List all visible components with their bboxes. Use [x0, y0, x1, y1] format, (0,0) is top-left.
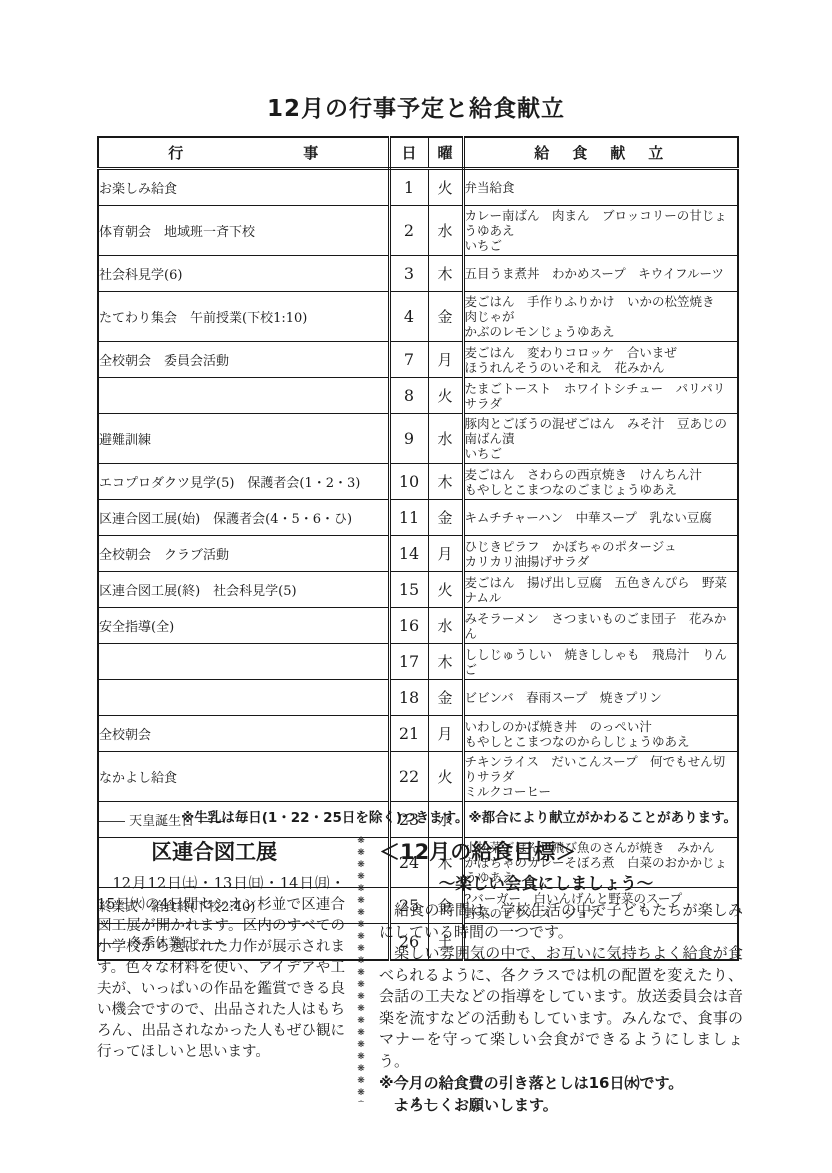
table-row: 体育朝会 地域班一斉下校2水カレー南ばん 肉まん ブロッコリーの甘じょうゆあえ … — [98, 206, 738, 256]
table-row: 18金ビビンバ 春雨スープ 焼きプリン — [98, 680, 738, 716]
menu-cell: みそラーメン さつまいものごま団子 花みかん — [463, 608, 738, 644]
day-cell: 14 — [389, 536, 428, 572]
event-cell: 全校朝会 クラブ活動 — [98, 536, 389, 572]
art-exhibition-title: 区連合図工展 — [97, 836, 331, 866]
weekday-cell: 月 — [428, 342, 463, 378]
table-row: 全校朝会 クラブ活動14月ひじきピラフ かぼちゃのポタージュ カリカリ油揚げサラ… — [98, 536, 738, 572]
table-row: 社会科見学(6)3木五目うま煮丼 わかめスープ キウイフルーツ — [98, 256, 738, 292]
day-cell: 21 — [389, 716, 428, 752]
lunch-goal-paragraph: 給食の時間は、学校生活の中で子どもたちが楽しみにしている時間の一つです。 — [379, 900, 743, 943]
day-cell: 8 — [389, 378, 428, 414]
menu-cell: 麦ごはん 変わりコロッケ 合いまぜ ほうれんそうのいそ和え 花みかん — [463, 342, 738, 378]
menu-cell: 五目うま煮丼 わかめスープ キウイフルーツ — [463, 256, 738, 292]
weekday-cell: 火 — [428, 752, 463, 802]
table-row: 全校朝会21月いわしのかば焼き丼 のっぺい汁 もやしとこまつなのからしじょうゆあ… — [98, 716, 738, 752]
event-cell — [98, 644, 389, 680]
art-exhibition-article: 区連合図工展 12月12日㈯・13日㈰・14日㈪・15日㈫の4日間セシオン杉並で… — [97, 836, 351, 1116]
event-cell: 区連合図工展(終) 社会科見学(5) — [98, 572, 389, 608]
weekday-cell: 火 — [428, 378, 463, 414]
day-cell: 16 — [389, 608, 428, 644]
header-event: 行 事 — [98, 137, 389, 169]
day-cell: 22 — [389, 752, 428, 802]
menu-cell: チキンライス だいこんスープ 何でもせん切りサラダ ミルクコーヒー — [463, 752, 738, 802]
bottom-section: 区連合図工展 12月12日㈯・13日㈰・14日㈪・15日㈫の4日間セシオン杉並で… — [97, 836, 743, 1116]
event-cell: お楽しみ給食 — [98, 169, 389, 206]
table-row: お楽しみ給食1火弁当給食 — [98, 169, 738, 206]
lunch-goal-title: ＜12月の給食目標＞ — [379, 836, 743, 866]
payment-note-line: ※今月の給食費の引き落としは16日㈬です。 — [379, 1072, 743, 1094]
menu-cell: いわしのかば焼き丼 のっぺい汁 もやしとこまつなのからしじょうゆあえ — [463, 716, 738, 752]
table-row: 安全指導(全)16水みそラーメン さつまいものごま団子 花みかん — [98, 608, 738, 644]
table-row: たてわり集会 午前授業(下校1:10)4金麦ごはん 手作りふりかけ いかの松笠焼… — [98, 292, 738, 342]
weekday-cell: 木 — [428, 256, 463, 292]
page-title: 12月の行事予定と給食献立 — [0, 90, 832, 123]
table-row: 避難訓練9水豚肉とごぼうの混ぜごはん みそ汁 豆あじの南ばん漬 いちご — [98, 414, 738, 464]
weekday-cell: 月 — [428, 716, 463, 752]
header-menu: 給 食 献 立 — [463, 137, 738, 169]
menu-cell: 弁当給食 — [463, 169, 738, 206]
art-exhibition-body: 12月12日㈯・13日㈰・14日㈪・15日㈫の4日間セシオン杉並で区連合図工展が… — [97, 874, 345, 1063]
weekday-cell: 火 — [428, 169, 463, 206]
weekday-cell: 水 — [428, 206, 463, 256]
header-row: 行 事 日 曜 給 食 献 立 — [98, 137, 738, 169]
event-cell: 区連合図工展(始) 保護者会(4・5・6・ひ) — [98, 500, 389, 536]
weekday-cell: 月 — [428, 536, 463, 572]
table-row: 区連合図工展(始) 保護者会(4・5・6・ひ)11金キムチチャーハン 中華スープ… — [98, 500, 738, 536]
event-cell: 全校朝会 — [98, 716, 389, 752]
menu-cell: カレー南ばん 肉まん ブロッコリーの甘じょうゆあえ いちご — [463, 206, 738, 256]
event-cell: 体育朝会 地域班一斉下校 — [98, 206, 389, 256]
page-number: ― 4 ― — [0, 1096, 832, 1111]
menu-cell: たまごトースト ホワイトシチュー パリパリサラダ — [463, 378, 738, 414]
day-cell: 18 — [389, 680, 428, 716]
menu-cell: 麦ごはん 手作りふりかけ いかの松笠焼き 肉じゃが かぶのレモンじょうゆあえ — [463, 292, 738, 342]
day-cell: 4 — [389, 292, 428, 342]
event-cell: 全校朝会 委員会活動 — [98, 342, 389, 378]
event-cell: なかよし給食 — [98, 752, 389, 802]
table-row: なかよし給食22火チキンライス だいこんスープ 何でもせん切りサラダ ミルクコー… — [98, 752, 738, 802]
table-row: 8火たまごトースト ホワイトシチュー パリパリサラダ — [98, 378, 738, 414]
event-cell: 安全指導(全) — [98, 608, 389, 644]
header-day: 日 — [389, 137, 428, 169]
lunch-goal-subtitle: ～楽しい会食にしましょう～ — [379, 870, 713, 894]
flower-divider-ornament: ❋❋❋❋❋❋❋❋❋❋❋❋❋❋❋❋❋❋❋❋❋❋❋❋ — [353, 836, 369, 1102]
weekday-cell: 水 — [428, 414, 463, 464]
event-cell: たてわり集会 午前授業(下校1:10) — [98, 292, 389, 342]
event-cell: エコプロダクツ見学(5) 保護者会(1・2・3) — [98, 464, 389, 500]
newsletter-page: 12月の行事予定と給食献立 行 事 日 曜 給 食 献 立 お楽しみ給食1火弁当… — [0, 0, 832, 1173]
day-cell: 3 — [389, 256, 428, 292]
day-cell: 2 — [389, 206, 428, 256]
weekday-cell: 木 — [428, 464, 463, 500]
weekday-cell: 金 — [428, 500, 463, 536]
lunch-goal-body: 給食の時間は、学校生活の中で子どもたちが楽しみにしている時間の一つです。 楽しい… — [379, 900, 743, 1072]
day-cell: 7 — [389, 342, 428, 378]
weekday-cell: 水 — [428, 608, 463, 644]
weekday-cell: 火 — [428, 572, 463, 608]
event-cell — [98, 378, 389, 414]
day-cell: 17 — [389, 644, 428, 680]
menu-cell: 麦ごはん 揚げ出し豆腐 五色きんぴら 野菜ナムル — [463, 572, 738, 608]
schedule-header: 行 事 日 曜 給 食 献 立 — [98, 137, 738, 169]
day-cell: 15 — [389, 572, 428, 608]
table-row: 区連合図工展(終) 社会科見学(5)15火麦ごはん 揚げ出し豆腐 五色きんぴら … — [98, 572, 738, 608]
milk-note: ※牛乳は毎日(1・22・25日を除く)つきます。※都合により献立がかわることがあ… — [97, 806, 737, 826]
menu-cell: ししじゅうしい 焼きししゃも 飛鳥汁 りんご — [463, 644, 738, 680]
menu-cell: 麦ごはん さわらの西京焼き けんちん汁 もやしとこまつなのごまじょうゆあえ — [463, 464, 738, 500]
lunch-goal-paragraph: 楽しい雰囲気の中で、お互いに気持ちよく給食が食べられるように、各クラスでは机の配… — [379, 943, 743, 1072]
weekday-cell: 金 — [428, 292, 463, 342]
menu-cell: ビビンバ 春雨スープ 焼きプリン — [463, 680, 738, 716]
menu-cell: キムチチャーハン 中華スープ 乳ない豆腐 — [463, 500, 738, 536]
day-cell: 9 — [389, 414, 428, 464]
day-cell: 11 — [389, 500, 428, 536]
weekday-cell: 金 — [428, 680, 463, 716]
table-row: 17木ししじゅうしい 焼きししゃも 飛鳥汁 りんご — [98, 644, 738, 680]
menu-cell: 豚肉とごぼうの混ぜごはん みそ汁 豆あじの南ばん漬 いちご — [463, 414, 738, 464]
lunch-goal-article: ＜12月の給食目標＞ ～楽しい会食にしましょう～ 給食の時間は、学校生活の中で子… — [373, 836, 743, 1116]
weekday-cell: 木 — [428, 644, 463, 680]
day-cell: 10 — [389, 464, 428, 500]
table-row: 全校朝会 委員会活動7月麦ごはん 変わりコロッケ 合いまぜ ほうれんそうのいそ和… — [98, 342, 738, 378]
day-cell: 1 — [389, 169, 428, 206]
table-row: エコプロダクツ見学(5) 保護者会(1・2・3)10木麦ごはん さわらの西京焼き… — [98, 464, 738, 500]
event-cell — [98, 680, 389, 716]
event-cell: 社会科見学(6) — [98, 256, 389, 292]
menu-cell: ひじきピラフ かぼちゃのポタージュ カリカリ油揚げサラダ — [463, 536, 738, 572]
event-cell: 避難訓練 — [98, 414, 389, 464]
header-weekday: 曜 — [428, 137, 463, 169]
